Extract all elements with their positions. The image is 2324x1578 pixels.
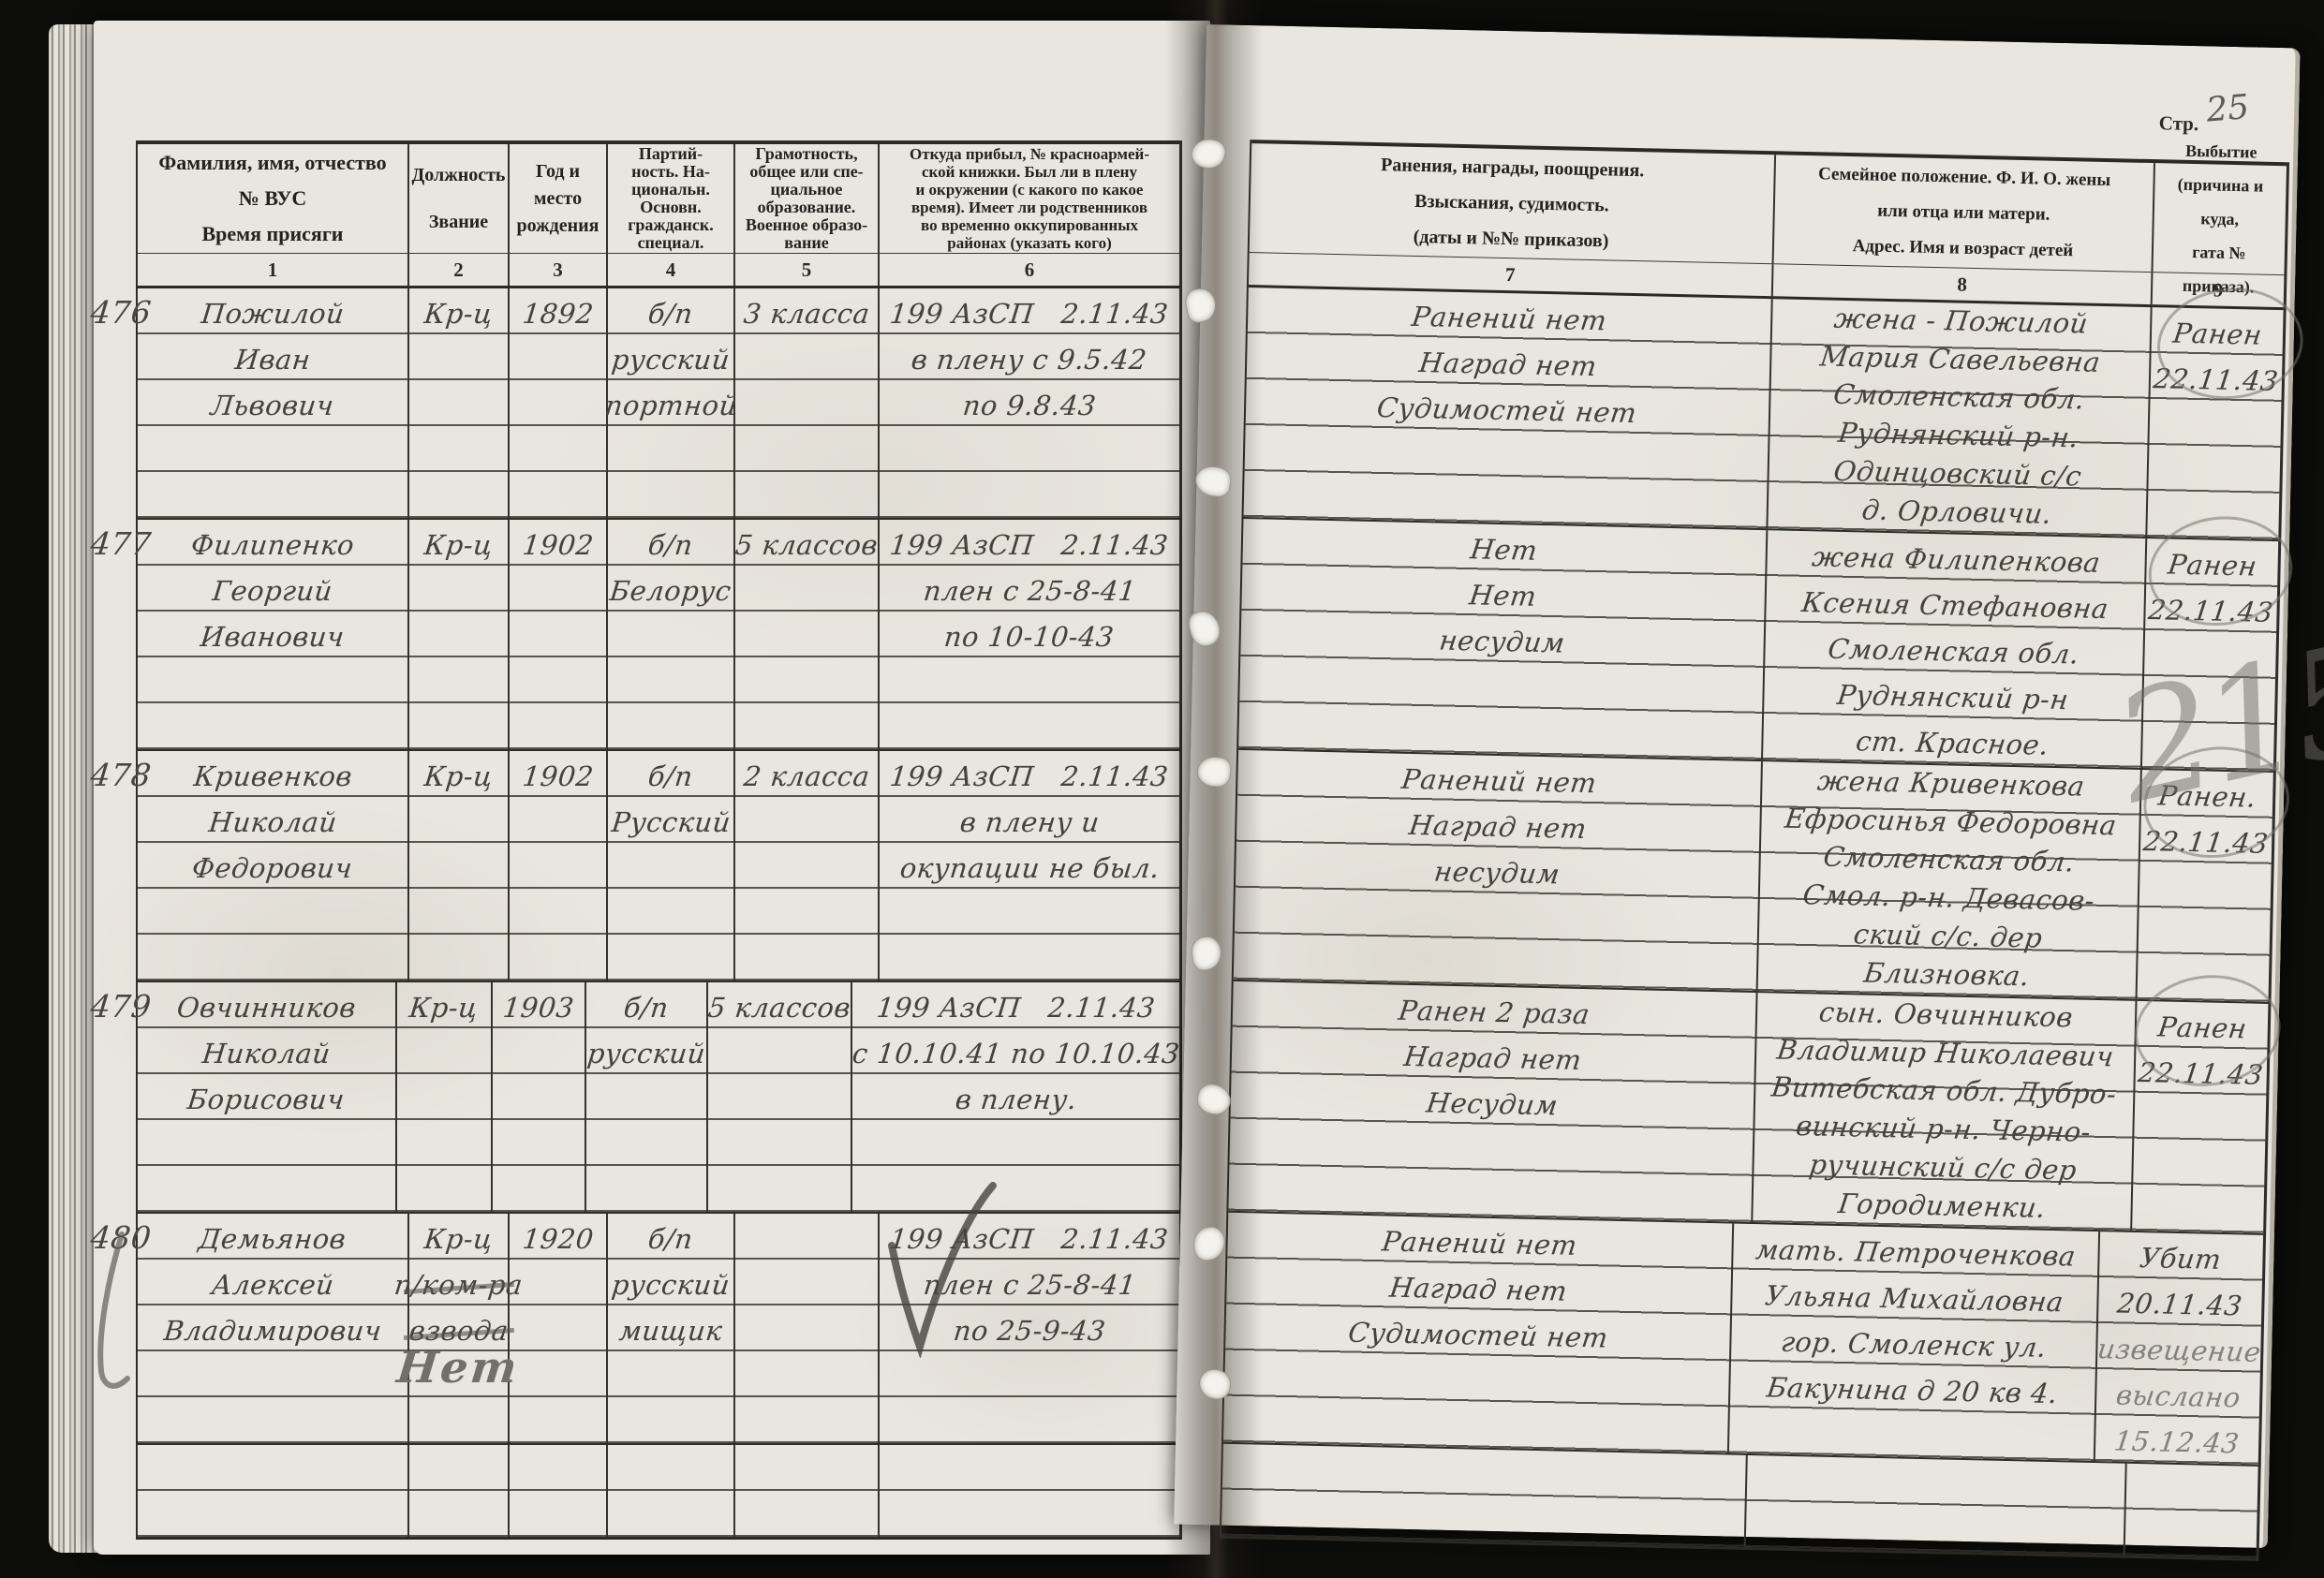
handwritten-text: Ранений нет [1399,763,1598,799]
handwritten-text: по 10-10-43 [943,621,1117,653]
cell-c5-row-477: 5 классов [735,520,880,749]
cell-c2-row-477: Кр-ц [409,520,510,749]
table-row-478: Ранений нетНаград нетнесудимжена Кривенк… [1234,750,2273,1004]
handwritten-text: Русский [610,806,733,838]
empty-cell-c9 [2125,1464,2258,1558]
handwritten-text: 3 класса [742,298,871,330]
column-number: 4 [608,254,735,286]
handwritten-text: русский [610,1269,732,1301]
cell-c3-row-479: 1903 [493,982,586,1212]
handwritten-text: 20.11.43 [2116,1288,2244,1322]
cell-c7-row-479: Ранен 2 разаНаград нетНесудим [1228,981,1757,1222]
cell-c9-row-476: Ранен22.11.43 [2147,307,2283,539]
empty-tail-row [138,1445,1179,1540]
handwritten-text: б/п [646,760,694,792]
handwritten-text: 1903 [501,992,575,1024]
handwritten-text: Наград нет [1402,1040,1584,1076]
register-table-left: Фамилия, имя, отчество № ВУС Время прися… [136,140,1182,1540]
handwritten-text: Борисович [186,1084,347,1115]
cell-c3-row-476: 1892 [510,288,608,518]
cell-c6-row-479: 199 АзСП 2.11.43с 10.10.41 по 10.10.43в … [852,982,1179,1212]
handwritten-text: Иванович [199,621,346,653]
cell-c7-row-478: Ранений нетНаград нетнесудим [1234,750,1763,991]
cell-c8-row-476: жена - ПожилойМария СавельевнаСмоленская… [1768,299,2152,537]
handwritten-text: Одинцовский с/с [1832,455,2084,493]
handwritten-text: мать. Петроченкова [1754,1233,2078,1272]
handwritten-text: Кр-ц [422,529,495,561]
handwritten-text: 199 АзСП 2.11.43 [889,760,1171,792]
handwritten-text: Иван [233,344,312,376]
handwritten-text: Кр-ц [422,760,495,792]
handwritten-text: б/п [646,1223,694,1255]
handwritten-text: Бакунина д 20 кв 4. [1766,1371,2061,1409]
empty-cell-c3 [510,1445,608,1537]
handwritten-text: 22.11.43 [2141,825,2270,860]
handwritten-text: Ефросинья Федоровна [1783,802,2118,841]
cell-c5-row-478: 2 класса [735,751,880,981]
cell-c4-row-480: б/прусскиймищик [608,1214,735,1443]
cell-c2-row-476: Кр-ц [409,288,510,518]
handwritten-text: Наград нет [1417,347,1599,382]
cell-c2-row-479: Кр-ц [397,982,493,1212]
column-header-departure: Выбытие (причина и куда, гата № приказа)… [2153,163,2286,274]
page-number: 25 [2205,88,2251,130]
handwritten-text: Мария Савельевна [1818,340,2102,377]
empty-cell-c8 [1746,1455,2127,1556]
handwritten-text: несудим [1438,625,1567,659]
handwritten-text: по 25-9-43 [952,1315,1107,1347]
column-number: 2 [409,254,510,286]
handwritten-text: Белорус [608,575,733,607]
row-number: 478 [89,757,154,793]
handwritten-text: в плену с 9.5.42 [910,344,1149,376]
handwritten-text: Кр-ц [407,992,480,1024]
handwritten-text: выслано [2114,1379,2243,1414]
handwritten-text: жена Филипенкова [1810,540,2102,579]
empty-cell-c5 [735,1445,880,1537]
cell-c4-row-478: б/пРусский [608,751,735,981]
table-header-right: Ранения, награды, поощрения. Взыскания, … [1250,140,2287,275]
cell-c1-row-476: ПожилойИванЛьвович476 [138,288,409,518]
cell-c5-row-480 [735,1214,880,1443]
handwritten-text: Демьянов [198,1223,348,1255]
handwritten-text: Владимир Николаевич [1775,1033,2116,1072]
handwritten-text: Смоленская обл. [1827,633,2081,671]
handwritten-text: Несудим [1425,1086,1560,1121]
cell-c6-row-477: 199 АзСП 2.11.43плен с 25-8-41по 10-10-4… [880,520,1179,749]
cell-c7-row-477: НетНетнесудим [1238,519,1768,760]
table-body-left: ПожилойИванЛьвович476Кр-ц1892б/прусскийп… [138,288,1179,1540]
handwritten-text: Ранен [2155,1010,2248,1044]
column-number: 9 [2153,273,2285,307]
page-label: Стр. [2158,111,2198,135]
cell-c1-row-479: ОвчинниковНиколайБорисович479 [138,982,397,1212]
cell-c9-row-477: Ранен22.11.43 [2142,538,2278,771]
cell-c6-row-478: 199 АзСП 2.11.43в плену иокупации не был… [880,751,1179,981]
cell-c6-row-476: 199 АзСП 2.11.43в плену с 9.5.42по 9.8.4… [880,288,1179,518]
cell-c2-row-480: Кр-цп/ком-равзводаНет [409,1214,510,1443]
cell-c5-row-479: 5 классов [708,982,852,1212]
cell-c8-row-478: жена КривенковаЕфросинья ФедоровнаСмолен… [1758,761,2142,999]
handwritten-text: б/п [646,529,694,561]
handwritten-text: сын. Овчинников [1817,995,2075,1033]
table-body-right: Ранений нетНаград нетСудимостей нетжена … [1221,288,2284,1561]
handwritten-text: окупации не был. [898,852,1161,884]
cell-c4-row-479: б/прусский [586,982,708,1212]
cell-c3-row-480: 1920 [510,1214,608,1443]
handwritten-text: Филипенко [189,529,356,561]
handwritten-text: Городименки. [1836,1187,2048,1224]
empty-cell-c6 [880,1445,1179,1537]
handwritten-text: Николай [207,806,338,838]
handwritten-text: 5 классов [706,992,852,1024]
cell-c3-row-478: 1902 [510,751,608,981]
handwritten-text: Витебская обл. Дубро- [1770,1071,2119,1111]
cell-c4-row-477: б/пБелорус [608,520,735,749]
cell-c9-row-479: Ранен22.11.43 [2132,1001,2268,1233]
handwritten-text: 5 классов [733,529,880,561]
handwritten-text: Николай [200,1038,332,1069]
cell-c9-row-478: Ранен.22.11.43 [2138,770,2273,1002]
handwritten-text: Ранен. [2156,779,2258,813]
handwritten-text: Нет [1469,533,1540,566]
column-header-name: Фамилия, имя, отчество № ВУС Время прися… [138,144,409,253]
table-header-left: Фамилия, имя, отчество № ВУС Время прися… [138,140,1179,254]
cell-c1-row-478: КривенковНиколайФедорович478 [138,751,409,981]
register-table-right: Ранения, награды, поощрения. Взыскания, … [1220,140,2289,1561]
handwritten-text: б/п [646,298,694,330]
handwritten-text: Наград нет [1388,1272,1570,1307]
handwritten-text: Георгий [211,575,333,607]
column-header-birth: Год и место рождения [510,144,608,253]
handwritten-text: 22.11.43 [2137,1056,2265,1091]
handwritten-text: с 10.10.41 по 10.10.43 [851,1038,1181,1069]
cell-c8-row-480: мать. ПетроченковаУльяна Михайловнагор. … [1729,1224,2100,1461]
handwritten-text: б/п [622,992,670,1024]
column-number-row-left: 1 2 3 4 5 6 [138,254,1179,288]
handwritten-text: Кр-ц [422,1223,495,1255]
column-header-rank: Должность Звание [409,144,510,253]
column-header-family: Семейное положение. Ф. И. О. жены или от… [1774,155,2155,272]
handwritten-text: извещение [2095,1333,2262,1368]
handwritten-text: в плену. [954,1084,1078,1115]
handwritten-text: плен с 25-8-41 [922,1269,1138,1301]
column-number: 5 [735,254,880,286]
handwritten-text: ский с/с. дер [1852,918,2045,953]
scanned-register-spread: Фамилия, имя, отчество № ВУС Время прися… [0,0,2324,1578]
handwritten-text: 22.11.43 [2152,362,2280,397]
handwritten-text: Смол. р-н. Девасов- [1801,878,2097,917]
column-header-origin: Откуда прибыл, № красноармей- ской книжк… [880,144,1179,253]
empty-cell-c1 [138,1445,409,1537]
handwritten-text: п/ком-ра [392,1269,524,1301]
empty-cell-c7 [1221,1444,1748,1547]
handwritten-text: Алексей [210,1269,335,1301]
handwritten-text: Ранен [2166,549,2258,583]
handwritten-text: русский [610,344,732,376]
handwritten-text: Нет [1468,579,1539,612]
table-row-477: ФилипенкоГеоргийИванович477Кр-ц1902б/пБе… [138,520,1179,751]
handwritten-text: в плену и [958,806,1101,838]
handwritten-text: Судимостей нет [1375,391,1638,429]
handwritten-text: Наград нет [1408,809,1590,845]
handwritten-text: Убит [2139,1242,2224,1276]
handwritten-text: жена Кривенкова [1815,764,2086,802]
cell-c8-row-477: жена ФилипенковаКсения СтефановнаСмоленс… [1763,530,2147,768]
cell-c2-row-478: Кр-ц [409,751,510,981]
table-row-480: Ранений нетНаград нетСудимостей нетмать.… [1223,1213,2263,1467]
handwritten-text: по 9.8.43 [961,390,1098,421]
handwritten-text: 1902 [521,760,595,792]
handwritten-text: портной [603,390,739,421]
cell-c3-row-477: 1902 [510,520,608,749]
handwritten-text: Ульяна Михайловна [1764,1279,2066,1318]
right-page: Стр. 25 Ранения, награды, поощрения. Взы… [1174,24,2301,1548]
handwritten-text: 199 АзСП 2.11.43 [875,992,1157,1024]
table-row-476: Ранений нетНаград нетСудимостей нетжена … [1243,288,2283,541]
handwritten-text: 199 АзСП 2.11.43 [889,1223,1171,1255]
column-number: 6 [880,254,1179,286]
handwritten-text: 199 АзСП 2.11.43 [889,298,1171,330]
handwritten-text: 1892 [521,298,595,330]
table-row-479: ОвчинниковНиколайБорисович479Кр-ц1903б/п… [138,982,1179,1214]
handwritten-text: винский р-н. Черно- [1794,1110,2093,1148]
handwritten-text: Федорович [191,852,355,884]
cell-c1-row-480: ДемьяновАлексейВладимирович480 [138,1214,409,1443]
empty-cell-c2 [409,1445,510,1537]
cell-c7-row-480: Ранений нетНаград нетСудимостей нет [1223,1213,1734,1453]
cell-c7-row-476: Ранений нетНаград нетСудимостей нет [1244,288,1773,528]
handwritten-text: 15.12.43 [2112,1425,2241,1460]
handwritten-text: Судимостей нет [1346,1317,1609,1354]
handwritten-text: Руднянский р-н. [1837,417,2081,454]
handwritten-text: несудим [1432,856,1562,891]
column-number: 3 [510,254,608,286]
handwritten-text: Овчинников [175,992,357,1024]
handwritten-text: Ранен 2 раза [1397,995,1591,1030]
cell-c1-row-477: ФилипенкоГеоргийИванович477 [138,520,409,749]
handwritten-text: Пожилой [200,298,346,330]
handwritten-text: Ксения Стефановна [1799,586,2109,625]
handwritten-text: Руднянский р-н [1836,679,2071,715]
table-row-478: КривенковНиколайФедорович478Кр-ц1902б/пР… [138,751,1179,982]
row-number: 477 [89,525,154,562]
column-header-education: Грамотность, общее или спе- циальное обр… [735,144,880,253]
handwritten-text: 199 АзСП 2.11.43 [889,529,1171,561]
handwritten-text: Ранен [2171,317,2264,351]
column-header-awards: Ранения, награды, поощрения. Взыскания, … [1250,143,1776,263]
handwritten-text: Львович [209,390,335,421]
handwritten-text: Близновка. [1862,957,2032,993]
table-row-480: ДемьяновАлексейВладимирович480Кр-цп/ком-… [138,1214,1179,1445]
row-number: 476 [89,294,154,331]
cell-c6-row-480: 199 АзСП 2.11.43плен с 25-8-41по 25-9-43 [880,1214,1179,1443]
row-number: 480 [89,1219,154,1256]
handwritten-text: Смоленская обл. [1822,841,2077,878]
column-number: 1 [138,254,409,286]
table-row-477: НетНетнесудимжена ФилипенковаКсения Стеф… [1238,519,2278,773]
handwritten-text: Владимирович [162,1315,383,1347]
handwritten-text: Кривенков [192,760,354,792]
handwritten-text: Кр-ц [422,298,495,330]
cell-c5-row-476: 3 класса [735,288,880,518]
handwritten-text: д. Орловичи. [1860,494,2054,529]
handwritten-text: 1902 [521,529,595,561]
handwritten-text: 1920 [521,1223,595,1255]
handwritten-text: мищик [617,1315,724,1347]
handwritten-text: 22.11.43 [2147,594,2275,628]
table-row-476: ПожилойИванЛьвович476Кр-ц1892б/прусскийп… [138,288,1179,520]
cell-c8-row-479: сын. ОвчинниковВладимир НиколаевичВитебс… [1753,993,2137,1231]
cell-c4-row-476: б/прусскийпортной [608,288,735,518]
handwritten-text: Нет [394,1342,522,1393]
table-row-479: Ранен 2 разаНаград нетНесудимсын. Овчинн… [1228,981,2268,1235]
handwritten-text: ручинский с/с дер [1807,1149,2079,1187]
handwritten-text: ст. Красное. [1854,725,2050,760]
empty-cell-c4 [608,1445,735,1537]
handwritten-text: русский [585,1038,707,1069]
cell-c9-row-480: Убит20.11.43извещениевыслано15.12.43 [2095,1231,2263,1465]
handwritten-text: плен с 25-8-41 [922,575,1138,607]
handwritten-text: Ранений нет [1381,1225,1579,1261]
row-number: 479 [89,988,154,1025]
handwritten-text: 2 класса [742,760,871,792]
handwritten-text: Смоленская обл. [1832,378,2087,416]
handwritten-text: Ранений нет [1410,301,1608,336]
handwritten-text: жена - Пожилой [1832,302,2090,340]
handwritten-text: гор. Смоленск ул. [1779,1326,2049,1364]
left-page: Фамилия, имя, отчество № ВУС Время прися… [94,21,1210,1555]
column-header-party: Партий- ность. На- циональн. Основн. гра… [608,144,735,253]
